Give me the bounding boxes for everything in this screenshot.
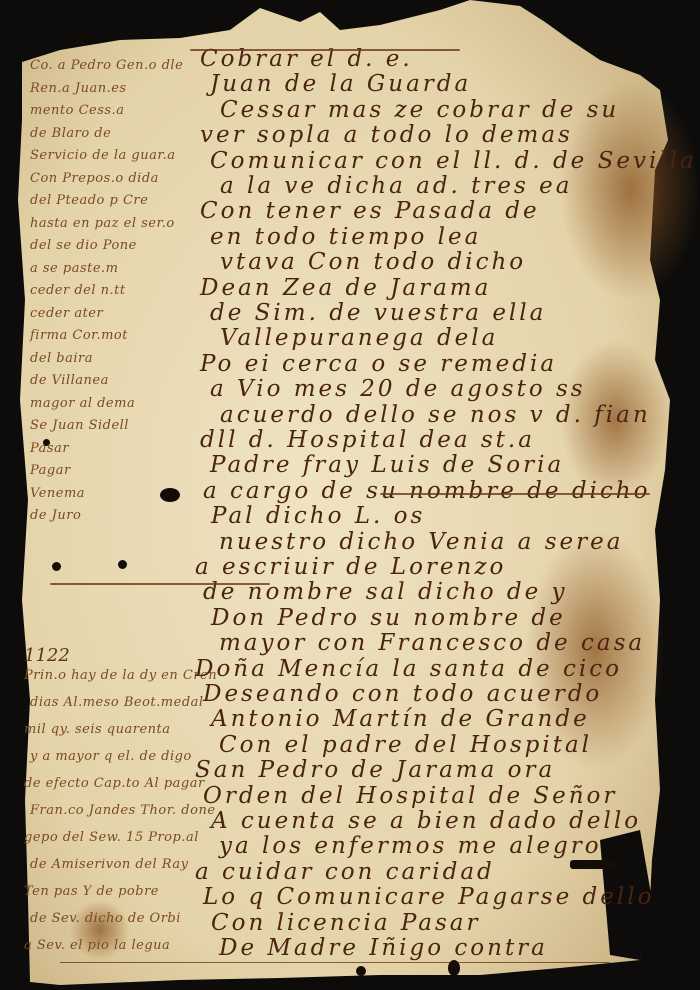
margin-note: Prin.o hay de la dy en Cren bbox=[24, 668, 217, 683]
manuscript-line: Padre fray Luis de Soria bbox=[210, 452, 564, 478]
margin-note: del se dio Pone bbox=[30, 238, 137, 253]
ink-blot bbox=[118, 560, 127, 569]
margin-note: gepo del Sew. 15 Prop.al bbox=[24, 830, 199, 845]
margin-note: dias Al.meso Beot.medal bbox=[30, 695, 204, 710]
margin-note: de Villanea bbox=[30, 373, 109, 388]
margin-note: de Blaro de bbox=[30, 126, 111, 141]
margin-note: del baira bbox=[30, 351, 93, 366]
manuscript-line: en todo tiempo lea bbox=[210, 224, 481, 250]
margin-note: a Sev. el pio la legua bbox=[24, 938, 170, 953]
margin-note: de Juro bbox=[30, 508, 81, 523]
margin-note: del Pteado p Cre bbox=[30, 193, 148, 208]
margin-note: Se Juan Sidell bbox=[30, 418, 129, 433]
manuscript-line: Cessar mas ze cobrar de su bbox=[220, 97, 619, 123]
manuscript-line: Orden del Hospital de Señor bbox=[203, 783, 617, 809]
manuscript-line: a escriuir de Lorenzo bbox=[195, 554, 506, 580]
margin-note: magor al dema bbox=[30, 396, 135, 411]
manuscript-line: a la ve dicha ad. tres ea bbox=[220, 173, 572, 199]
manuscript-line: Doña Mencía la santa de cico bbox=[195, 656, 622, 682]
margin-note: y a mayor q el. de digo bbox=[30, 749, 192, 764]
manuscript-line: Deseando con todo acuerdo bbox=[203, 681, 602, 707]
ink-blot bbox=[76, 36, 84, 45]
manuscript-line: A cuenta se a bien dado dello bbox=[211, 808, 641, 834]
margin-note: hasta en paz el ser.o bbox=[30, 216, 175, 231]
folio-number: 1122 bbox=[24, 645, 70, 666]
margin-note: Co. a Pedro Gen.o dle bbox=[30, 58, 183, 73]
manuscript-line: de Sim. de vuestra ella bbox=[210, 300, 546, 326]
margin-note: Venema bbox=[30, 486, 85, 501]
manuscript-line: Don Pedro su nombre de bbox=[211, 605, 566, 631]
margin-note: de Sev. dicho de Orbi bbox=[30, 911, 181, 926]
manuscript-line: vtava Con todo dicho bbox=[220, 249, 526, 275]
margin-note: de efecto Cap.to Al pagar bbox=[24, 776, 205, 791]
manuscript-line: a cuidar con caridad bbox=[195, 859, 495, 885]
ink-blot bbox=[448, 960, 460, 976]
ink-blot bbox=[570, 860, 620, 869]
manuscript-line: nuestro dicho Venia a serea bbox=[219, 529, 623, 555]
manuscript-line: Pal dicho L. os bbox=[211, 503, 425, 529]
manuscript-line: ver sopla a todo lo demas bbox=[200, 122, 573, 148]
manuscript-line: Antonio Martín de Grande bbox=[211, 706, 590, 732]
manuscript-line: Po ei cerca o se remedia bbox=[200, 351, 557, 377]
margin-note: de Amiserivon del Ray bbox=[30, 857, 188, 872]
margin-note: ceder ater bbox=[30, 306, 103, 321]
margin-note: ceder del n.tt bbox=[30, 283, 126, 298]
margin-note: a se paste.m bbox=[30, 261, 119, 276]
manuscript-line: dll d. Hospital dea st.a bbox=[200, 427, 535, 453]
margin-note: Servicio de la guar.a bbox=[30, 148, 176, 163]
manuscript-line: San Pedro de Jarama ora bbox=[195, 757, 555, 783]
margin-note: mil qy. seis quarenta bbox=[24, 722, 171, 737]
ink-blot bbox=[52, 562, 61, 571]
margin-note: Pagar bbox=[30, 463, 71, 478]
margin-note: firma Cor.mot bbox=[30, 328, 128, 343]
manuscript-line: acuerdo dello se nos v d. fian bbox=[220, 402, 651, 428]
manuscript-line: Con licencia Pasar bbox=[211, 910, 481, 936]
ink-blot bbox=[160, 488, 180, 502]
manuscript-line: mayor con Francesco de casa bbox=[219, 630, 645, 656]
manuscript-line: Juan de la Guarda bbox=[210, 71, 471, 97]
margin-note: Fran.co Jandes Thor. done bbox=[30, 803, 216, 818]
manuscript-line: Con el padre del Hospital bbox=[219, 732, 592, 758]
manuscript-line: Vallepuranega dela bbox=[220, 325, 498, 351]
margin-note: mento Cess.a bbox=[30, 103, 124, 118]
margin-note: Con Prepos.o dida bbox=[30, 171, 159, 186]
manuscript-line: a cargo de su nombre de dicho bbox=[203, 478, 650, 504]
manuscript-line: Dean Zea de Jarama bbox=[200, 275, 491, 301]
ink-rule bbox=[60, 962, 610, 963]
margin-note: Ren.a Juan.es bbox=[30, 81, 127, 96]
ink-blot bbox=[43, 439, 50, 446]
margin-note: Ten pas Y de pobre bbox=[24, 884, 159, 899]
manuscript-line: ya los enfermos me alegro bbox=[219, 833, 602, 859]
ink-rule bbox=[50, 583, 270, 585]
ink-rule bbox=[190, 49, 460, 51]
manuscript-line: Lo q Comunicare Pagarse dello bbox=[203, 884, 654, 910]
ink-blot bbox=[356, 966, 366, 976]
manuscript-line: De Madre Iñigo contra bbox=[219, 935, 548, 961]
manuscript-line: Con tener es Pasada de bbox=[200, 198, 540, 224]
ink-rule bbox=[380, 493, 650, 495]
manuscript-line: Comunicar con el ll. d. de Sevilla bbox=[210, 148, 697, 174]
manuscript-line: a Vio mes 20 de agosto ss bbox=[210, 376, 586, 402]
